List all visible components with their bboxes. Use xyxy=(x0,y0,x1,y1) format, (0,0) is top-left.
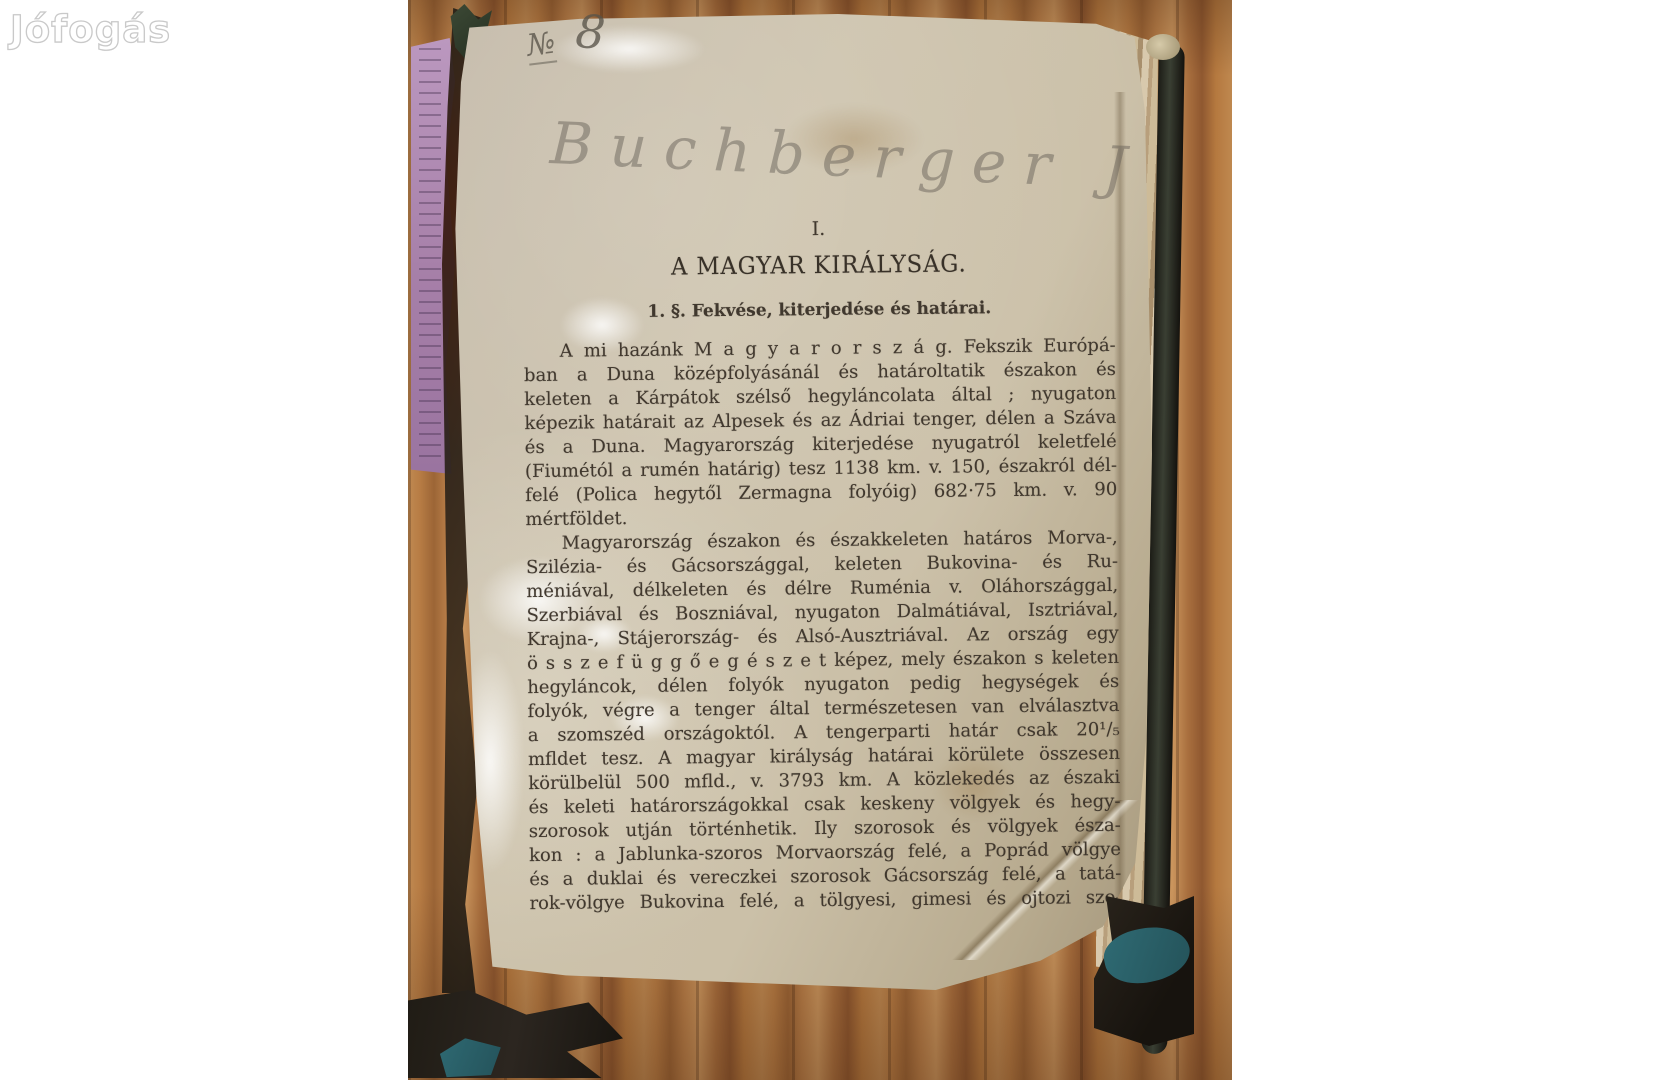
chapter-numeral: I. xyxy=(522,215,1114,243)
jofogas-watermark: Jófogás xyxy=(10,8,171,51)
page-title: A MAGYAR KIRÁLYSÁG. xyxy=(540,247,1097,283)
printed-text-block: I. A MAGYAR KIRÁLYSÁG. 1. §. Fekvése, ki… xyxy=(522,215,1121,916)
purple-page-print-lines xyxy=(419,48,441,458)
binding-cord-knot xyxy=(1146,34,1180,60)
pencil-inventory-number: №8 xyxy=(523,3,609,66)
section-heading: 1. §. Fekvése, kiterjedése és határai. xyxy=(523,295,1115,325)
book-photo: I. A MAGYAR KIRÁLYSÁG. 1. §. Fekvése, ki… xyxy=(408,0,1232,1080)
numero-sign: № xyxy=(525,25,558,65)
inventory-number-value: 8 xyxy=(574,4,608,60)
